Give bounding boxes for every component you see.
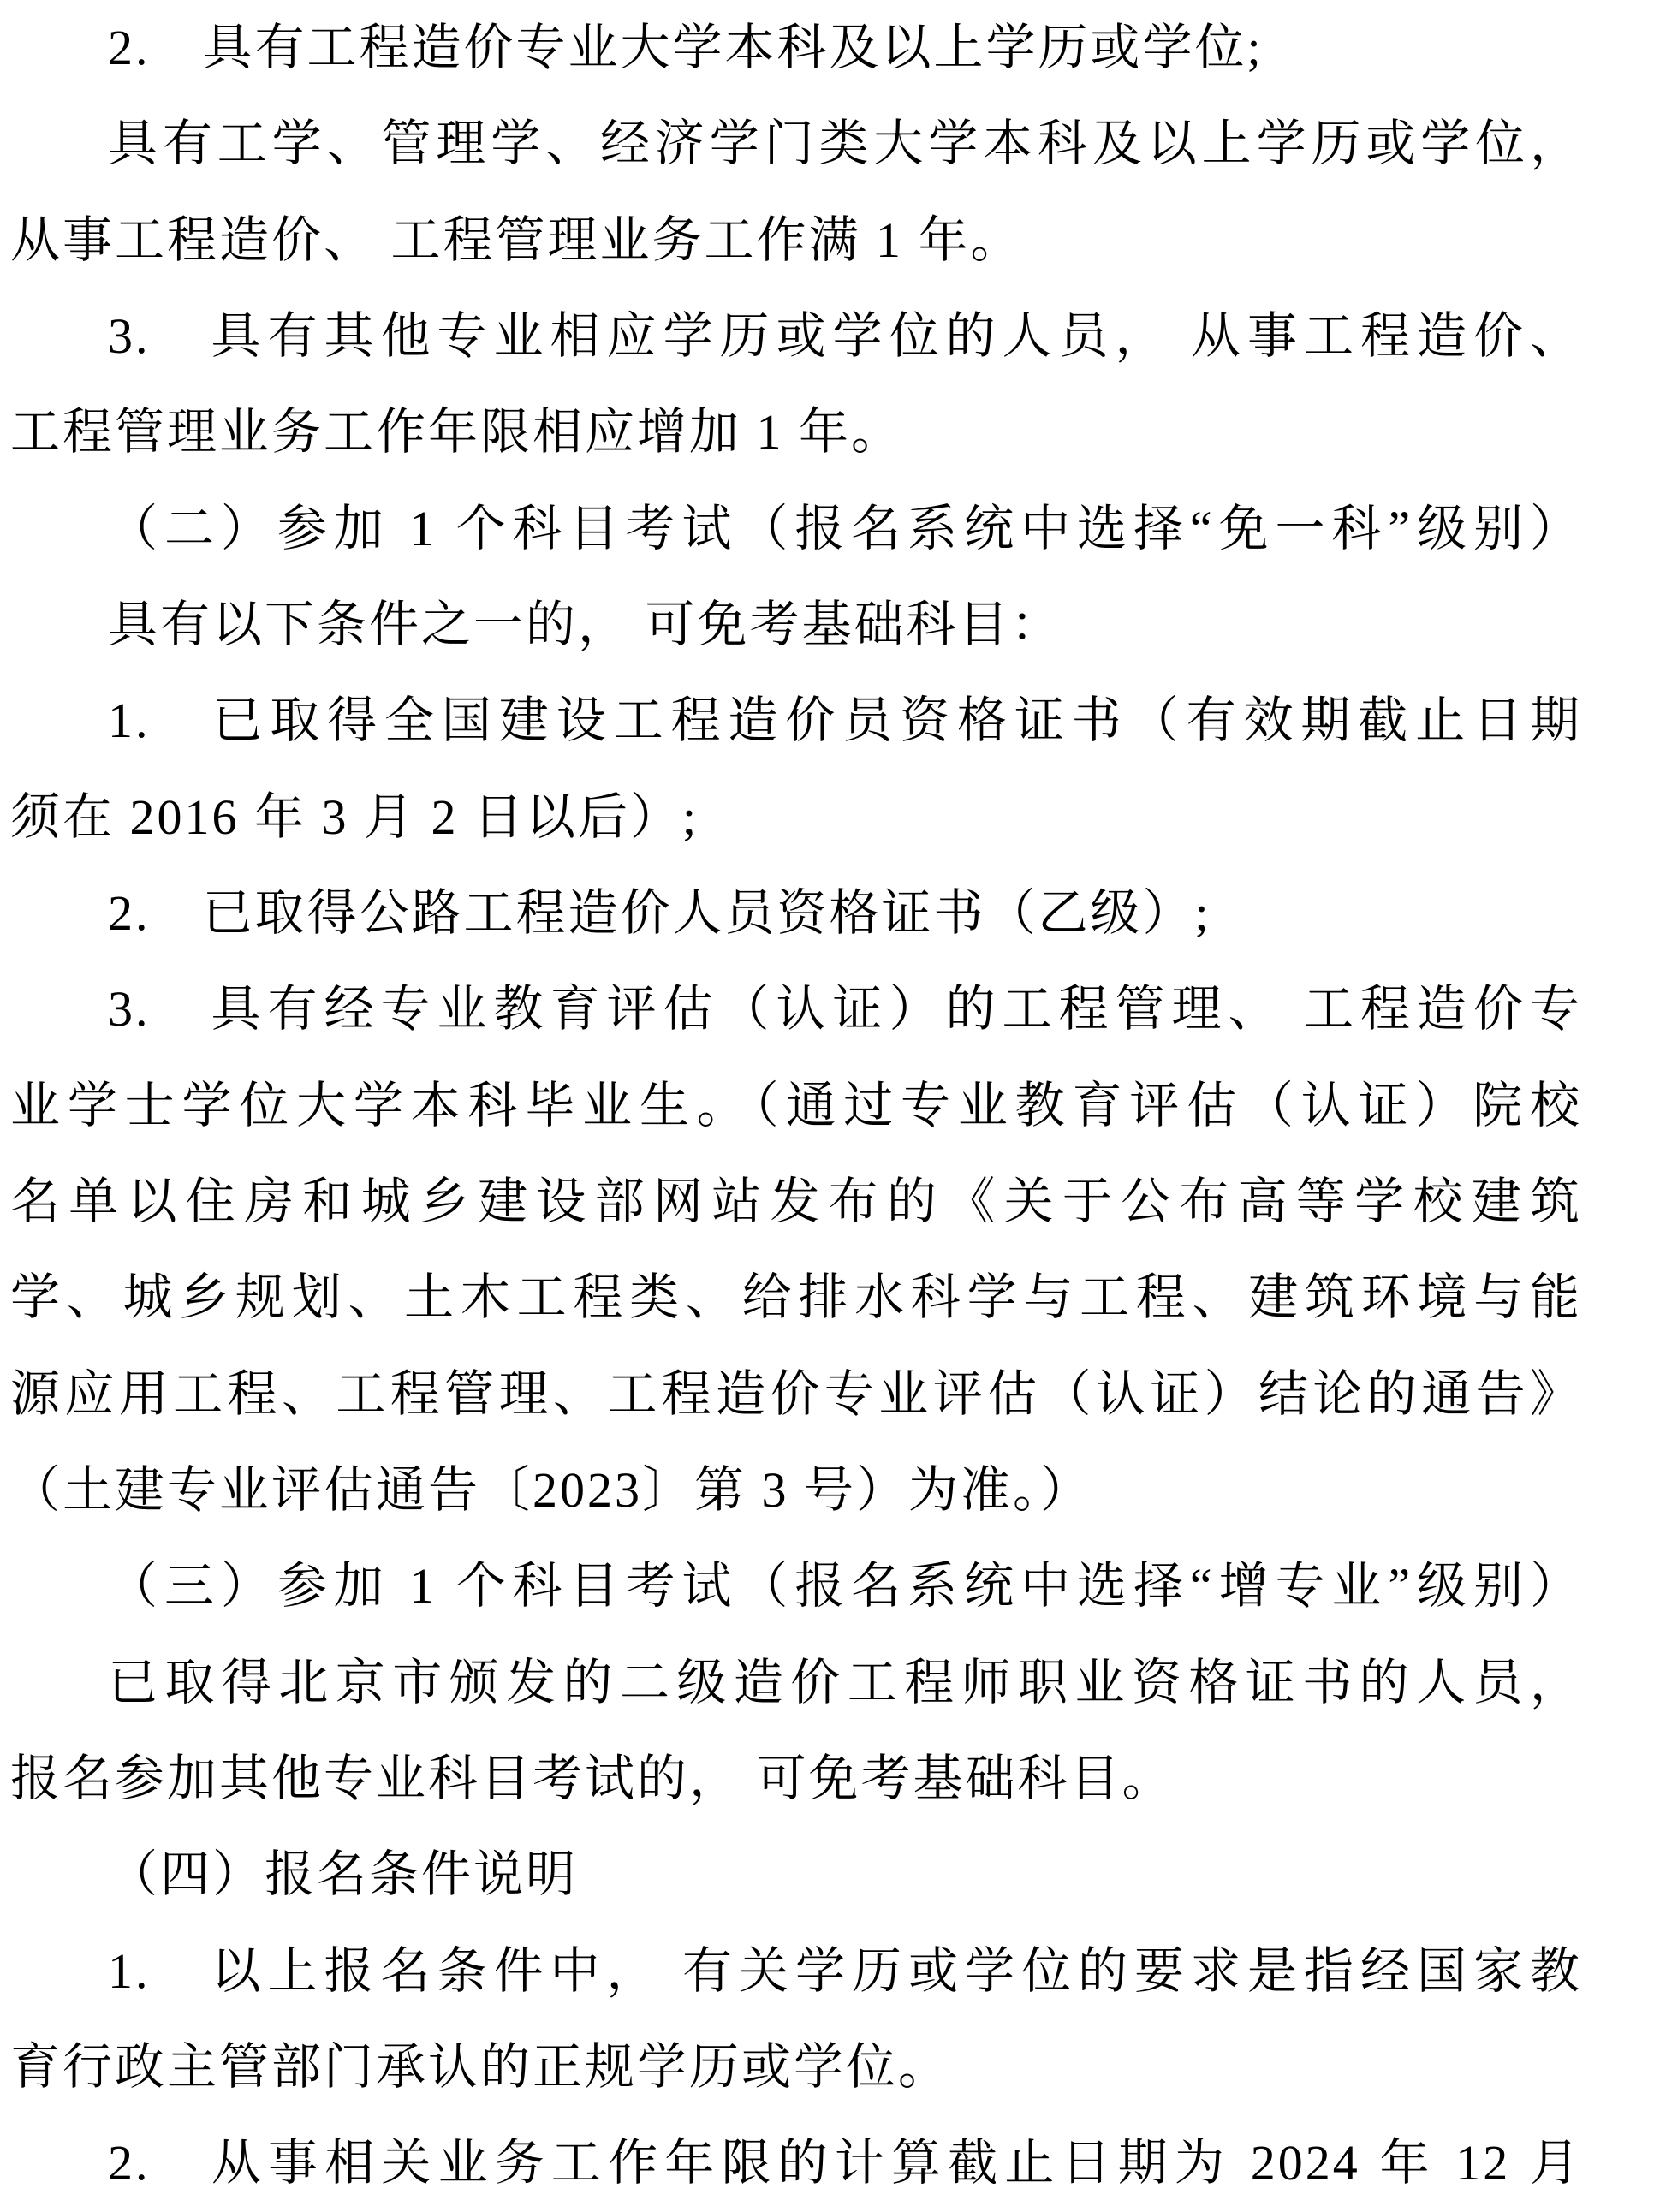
text-line: （四）报名条件说明 [0, 1827, 1660, 1923]
text-line: 2. 具有工程造价专业大学本科及以上学历或学位; [0, 0, 1660, 96]
document-text-block: 2. 具有工程造价专业大学本科及以上学历或学位;具有工学、管理学、经济学门类大学… [0, 0, 1660, 2212]
text-line: 已取得北京市颁发的二级造价工程师职业资格证书的人员， [0, 1635, 1660, 1731]
text-line: 学、城乡规划、土木工程类、给排水科学与工程、建筑环境与能 [0, 1250, 1660, 1346]
text-line: 报名参加其他专业科目考试的， 可免考基础科目。 [0, 1731, 1660, 1827]
text-line: 工程管理业务工作年限相应增加 1 年。 [0, 384, 1660, 480]
text-line: 具有以下条件之一的， 可免考基础科目： [0, 577, 1660, 673]
document-page: 2. 具有工程造价专业大学本科及以上学历或学位;具有工学、管理学、经济学门类大学… [0, 0, 1660, 2212]
text-line: （二）参加 1 个科目考试（报名系统中选择“免一科”级别） [0, 481, 1660, 577]
text-line: 育行政主管部门承认的正规学历或学位。 [0, 2019, 1660, 2115]
text-line: 业学士学位大学本科毕业生。（通过专业教育评估（认证）院校 [0, 1058, 1660, 1154]
text-line: 1. 以上报名条件中， 有关学历或学位的要求是指经国家教 [0, 1924, 1660, 2019]
text-line: （土建专业评估通告〔2023〕第 3 号）为准。） [0, 1442, 1660, 1538]
text-line: 具有工学、管理学、经济学门类大学本科及以上学历或学位， [0, 96, 1660, 192]
text-line: 3. 具有经专业教育评估（认证）的工程管理、 工程造价专 [0, 961, 1660, 1057]
text-line: 3. 具有其他专业相应学历或学位的人员， 从事工程造价、 [0, 288, 1660, 384]
text-line: 从事工程造价、 工程管理业务工作满 1 年。 [0, 193, 1660, 288]
text-line: 源应用工程、工程管理、工程造价专业评估（认证）结论的通告》 [0, 1347, 1660, 1442]
text-line: （三）参加 1 个科目考试（报名系统中选择“增专业”级别） [0, 1538, 1660, 1634]
text-line: 2. 从事相关业务工作年限的计算截止日期为 2024 年 12 月 [0, 2115, 1660, 2211]
text-line: 须在 2016 年 3 月 2 日以后）; [0, 770, 1660, 865]
text-line: 2. 已取得公路工程造价人员资格证书（乙级）; [0, 865, 1660, 961]
text-line: 1. 已取得全国建设工程造价员资格证书（有效期截止日期 [0, 673, 1660, 769]
text-line: 名单以住房和城乡建设部网站发布的《关于公布高等学校建筑 [0, 1154, 1660, 1250]
